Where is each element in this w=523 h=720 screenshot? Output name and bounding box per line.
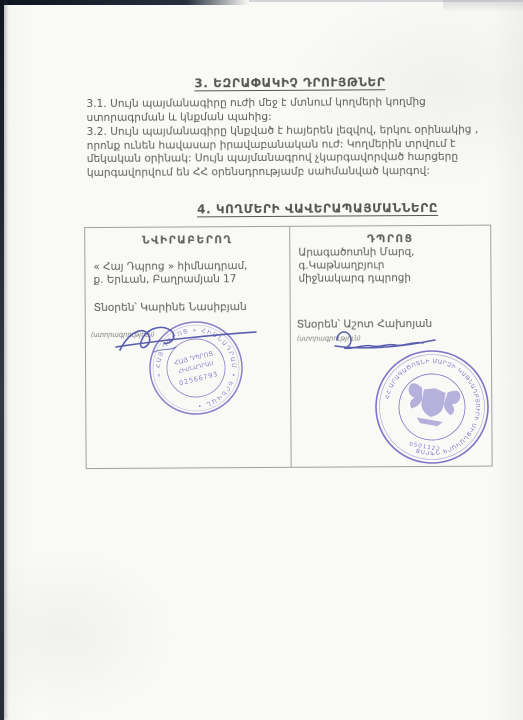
scanned-contract-page: 3. ԵԶՐԱՓԱԿԻՉ ԴՐՈՒՅԹՆԵՐ 3.1. Սույն պայման… bbox=[0, 0, 523, 720]
donor-address-line: ք. Երևան, Բաղրամյան 17 bbox=[93, 273, 236, 287]
donor-role-header: ՆՎԻՐԱԲԵՐՈՂ bbox=[85, 234, 289, 247]
clause-3-1: 3.1. Սույն պայմանագիրը ուժի մեջ է մտնում… bbox=[86, 96, 478, 126]
section4-heading: 4. ԿՈՂՄԵՐԻ ՎԱՎԵՐԱՊԱՅՄԱՆՆԵՐԸ bbox=[197, 201, 438, 216]
school-stamp-icon: ՀՀ ԱՐԱԳԱԾՈՏՆԻ ՄԱՐԶԻ ԿԱԹՆԱՂԲՅՈՒՐԻ ՄԻՋՆԱԿԱ… bbox=[369, 344, 495, 470]
final-provisions-clauses: 3.1. Սույն պայմանագիրը ուժի մեջ է մտնում… bbox=[86, 96, 479, 182]
donor-name-line: « Հայ Դպրոց » հիմնադրամ, bbox=[93, 260, 247, 274]
donor-director-line: Տնօրեն՝ Կարինե Նասիբյան bbox=[94, 301, 247, 314]
school-role-header: ԴՊՐՈՑ bbox=[290, 233, 490, 246]
school-village-line: գ.Կաթնաղբյուր bbox=[298, 259, 384, 273]
school-type-line: միջնակարգ դպրոցի bbox=[298, 272, 411, 286]
coat-of-arms-icon bbox=[403, 383, 461, 430]
donor-signature-icon bbox=[110, 318, 262, 364]
school-region-line: Արագածոտնի Մարզ, bbox=[298, 246, 414, 260]
clause-3-2: 3.2. Սույն պայմանագիրը կնքված է հայերեն … bbox=[87, 124, 479, 181]
section3-heading: 3. ԵԶՐԱՓԱԿԻՉ ԴՐՈՒՅԹՆԵՐ bbox=[194, 75, 385, 90]
school-signature-icon bbox=[327, 321, 459, 353]
